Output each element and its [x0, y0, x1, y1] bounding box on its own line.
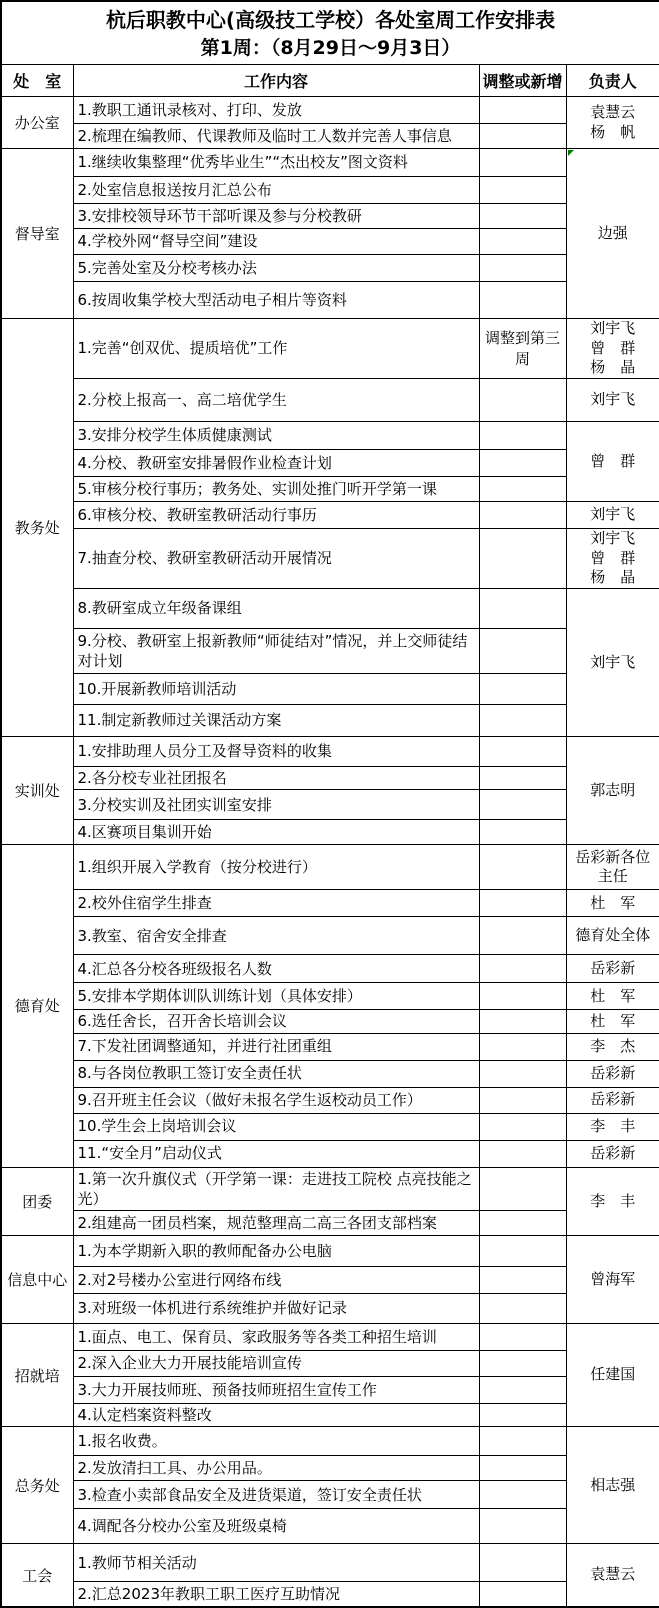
person-cell: 岳彩新: [566, 1140, 659, 1167]
table-row: 3.对班级一体机进行系统维护并做好记录: [1, 1294, 659, 1324]
table-row: 6.选任舍长，召开舍长培训会议杜 军: [1, 1010, 659, 1033]
person-cell: 李 丰: [566, 1167, 659, 1236]
table-row: 4.区赛项目集训开始: [1, 820, 659, 845]
table-row: 3.安排校领导环节干部听课及参与分校教研: [1, 204, 659, 229]
table-row: 4.汇总各分校各班级报名人数岳彩新: [1, 955, 659, 983]
department-cell: 信息中心: [1, 1236, 73, 1324]
work-content-cell: 2.处室信息报送按月汇总公布: [73, 177, 479, 204]
work-content-cell: 11.制定新教师过关课活动方案: [73, 705, 479, 737]
adjust-cell: [479, 529, 566, 589]
table-row: 3.大力开展技师班、预备技师班招生宣传工作: [1, 1377, 659, 1404]
adjust-cell: [479, 1481, 566, 1509]
person-cell: 杜 军: [566, 1010, 659, 1033]
work-content-cell: 3.检查小卖部食品安全及进货渠道，签订安全责任状: [73, 1481, 479, 1509]
adjust-cell: [479, 502, 566, 529]
table-row: 4.分校、教研室安排暑假作业检查计划: [1, 450, 659, 477]
document-title: 杭后职教中心(高级技工学校）各处室周工作安排表 第1周：（8月29日～9月3日）: [1, 1, 659, 65]
department-cell: 办公室: [1, 97, 73, 149]
adjust-cell: [479, 1509, 566, 1544]
table-row: 2.处室信息报送按月汇总公布: [1, 177, 659, 204]
adjust-cell: [479, 1236, 566, 1267]
department-cell: 团委: [1, 1167, 73, 1236]
work-content-cell: 2.梳理在编教师、代课教师及临时工人数并完善人事信息: [73, 124, 479, 149]
table-row: 2.组建高一团员档案，规范整理高二高三各团支部档案: [1, 1211, 659, 1236]
table-row: 教务处1.完善“创双优、提质培优”工作调整到第三周刘宇飞 曾 群 杨 晶: [1, 319, 659, 379]
person-cell: 曾海军: [566, 1236, 659, 1324]
adjust-cell: 调整到第三周: [479, 319, 566, 379]
person-cell: 刘宇飞 曾 群 杨 晶: [566, 529, 659, 589]
table-row: 办公室1.教职工通讯录核对、打印、发放袁慧云 杨 帆: [1, 97, 659, 124]
table-row: 2.分校上报高一、高二培优学生刘宇飞: [1, 379, 659, 422]
department-cell: 工会: [1, 1544, 73, 1607]
adjust-cell: [479, 1167, 566, 1211]
work-content-cell: 1.继续收集整理“优秀毕业生”“杰出校友”图文资料: [73, 149, 479, 177]
adjust-cell: [479, 955, 566, 983]
table-row: 5.审核分校行事历；教务处、实训处推门听开学第一课: [1, 477, 659, 502]
adjust-cell: [479, 917, 566, 955]
department-cell: 德育处: [1, 845, 73, 1167]
work-content-cell: 1.面点、电工、保育员、家政服务等各类工种招生培训: [73, 1324, 479, 1351]
adjust-cell: [479, 674, 566, 705]
person-cell: 袁慧云 杨 帆: [566, 97, 659, 149]
person-cell: 李 丰: [566, 1113, 659, 1140]
work-content-cell: 6.审核分校、教研室教研活动行事历: [73, 502, 479, 529]
adjust-cell: [479, 1211, 566, 1236]
table-row: 2.校外住宿学生排查杜 军: [1, 890, 659, 917]
adjust-cell: [479, 820, 566, 845]
adjust-cell: [479, 1267, 566, 1294]
title-line-2: 第1周：（8月29日～9月3日）: [3, 35, 658, 61]
adjust-cell: [479, 1404, 566, 1427]
title-line-1: 杭后职教中心(高级技工学校）各处室周工作安排表: [3, 5, 658, 35]
work-content-cell: 8.教研室成立年级备课组: [73, 589, 479, 629]
person-cell: 杜 军: [566, 890, 659, 917]
table-row: 7.抽查分校、教研室教研活动开展情况刘宇飞 曾 群 杨 晶: [1, 529, 659, 589]
table-row: 9.分校、教研室上报新教师“师徒结对”情况，并上交师徒结对计划: [1, 629, 659, 674]
adjust-cell: [479, 767, 566, 790]
table-row: 督导室1.继续收集整理“优秀毕业生”“杰出校友”图文资料边强: [1, 149, 659, 177]
work-content-cell: 4.汇总各分校各班级报名人数: [73, 955, 479, 983]
table-row: 6.审核分校、教研室教研活动行事历刘宇飞: [1, 502, 659, 529]
work-content-cell: 4.分校、教研室安排暑假作业检查计划: [73, 450, 479, 477]
person-cell: 德育处全体: [566, 917, 659, 955]
table-row: 10.开展新教师培训活动: [1, 674, 659, 705]
adjust-cell: [479, 1113, 566, 1140]
person-cell-with-comment-marker: 边强: [566, 149, 659, 319]
adjust-cell: [479, 790, 566, 820]
work-content-cell: 6.按周收集学校大型活动电子相片等资料: [73, 282, 479, 319]
person-cell: 李 杰: [566, 1033, 659, 1060]
work-content-cell: 1.为本学期新入职的教师配备办公电脑: [73, 1236, 479, 1267]
adjust-cell: [479, 629, 566, 674]
department-cell: 实训处: [1, 737, 73, 845]
adjust-cell: [479, 229, 566, 255]
person-cell: 刘宇飞: [566, 502, 659, 529]
adjust-cell: [479, 255, 566, 282]
table-row: 7.下发社团调整通知，并进行社团重组李 杰: [1, 1033, 659, 1060]
table-row: 11.制定新教师过关课活动方案: [1, 705, 659, 737]
adjust-cell: [479, 124, 566, 149]
table-row: 3.检查小卖部食品安全及进货渠道，签订安全责任状: [1, 1481, 659, 1509]
work-content-cell: 2.发放清扫工具、办公用品。: [73, 1456, 479, 1481]
person-cell: 杜 军: [566, 983, 659, 1010]
work-content-cell: 8.与各岗位教职工签订安全责任状: [73, 1060, 479, 1087]
adjust-cell: [479, 1427, 566, 1456]
table-row: 2.发放清扫工具、办公用品。: [1, 1456, 659, 1481]
table-row: 2.对2号楼办公室进行网络布线: [1, 1267, 659, 1294]
person-cell: 刘宇飞: [566, 589, 659, 737]
adjust-cell: [479, 1324, 566, 1351]
person-cell: 曾 群: [566, 422, 659, 502]
person-cell: 岳彩新: [566, 1060, 659, 1087]
work-content-cell: 1.组织开展入学教育（按分校进行）: [73, 845, 479, 890]
table-row: 8.教研室成立年级备课组刘宇飞: [1, 589, 659, 629]
table-row: 6.按周收集学校大型活动电子相片等资料: [1, 282, 659, 319]
table-row: 9.召开班主任会议（做好未报名学生返校动员工作）岳彩新: [1, 1087, 659, 1113]
work-content-cell: 5.审核分校行事历；教务处、实训处推门听开学第一课: [73, 477, 479, 502]
adjust-cell: [479, 1294, 566, 1324]
work-content-cell: 10.开展新教师培训活动: [73, 674, 479, 705]
work-content-cell: 5.完善处室及分校考核办法: [73, 255, 479, 282]
table-row: 团委1.第一次升旗仪式（开学第一课：走进技工院校 点亮技能之光）李 丰: [1, 1167, 659, 1211]
table-header-row: 处 室 工作内容 调整或新增 负责人: [1, 65, 659, 97]
person-cell: 刘宇飞: [566, 379, 659, 422]
work-content-cell: 2.深入企业大力开展技能培训宣传: [73, 1351, 479, 1377]
header-person: 负责人: [566, 65, 659, 97]
adjust-cell: [479, 204, 566, 229]
work-content-cell: 11.“安全月”启动仪式: [73, 1140, 479, 1167]
adjust-cell: [479, 890, 566, 917]
work-content-cell: 1.报名收费。: [73, 1427, 479, 1456]
adjust-cell: [479, 1351, 566, 1377]
work-content-cell: 4.学校外网“督导空间”建设: [73, 229, 479, 255]
work-content-cell: 4.认定档案资料整改: [73, 1404, 479, 1427]
table-row: 3.安排分校学生体质健康测试曾 群: [1, 422, 659, 450]
work-content-cell: 7.下发社团调整通知，并进行社团重组: [73, 1033, 479, 1060]
adjust-cell: [479, 1544, 566, 1582]
person-cell: 刘宇飞 曾 群 杨 晶: [566, 319, 659, 379]
table-row: 5.完善处室及分校考核办法: [1, 255, 659, 282]
person-cell: 岳彩新: [566, 1087, 659, 1113]
table-row: 2.梳理在编教师、代课教师及临时工人数并完善人事信息: [1, 124, 659, 149]
work-content-cell: 9.召开班主任会议（做好未报名学生返校动员工作）: [73, 1087, 479, 1113]
title-row: 杭后职教中心(高级技工学校）各处室周工作安排表 第1周：（8月29日～9月3日）: [1, 1, 659, 65]
person-cell: 任建国: [566, 1324, 659, 1427]
adjust-cell: [479, 149, 566, 177]
adjust-cell: [479, 1033, 566, 1060]
weekly-schedule-table: 杭后职教中心(高级技工学校）各处室周工作安排表 第1周：（8月29日～9月3日）…: [0, 0, 659, 1608]
adjust-cell: [479, 282, 566, 319]
work-content-cell: 1.第一次升旗仪式（开学第一课：走进技工院校 点亮技能之光）: [73, 1167, 479, 1211]
person-cell: 岳彩新各位主任: [566, 845, 659, 890]
work-content-cell: 7.抽查分校、教研室教研活动开展情况: [73, 529, 479, 589]
table-row: 3.分校实训及社团实训室安排: [1, 790, 659, 820]
table-row: 5.安排本学期体训队训练计划（具体安排）杜 军: [1, 983, 659, 1010]
table-row: 10.学生会上岗培训会议李 丰: [1, 1113, 659, 1140]
work-content-cell: 2.校外住宿学生排查: [73, 890, 479, 917]
work-content-cell: 3.安排校领导环节干部听课及参与分校教研: [73, 204, 479, 229]
work-content-cell: 3.安排分校学生体质健康测试: [73, 422, 479, 450]
person-cell: 相志强: [566, 1427, 659, 1544]
work-content-cell: 1.完善“创双优、提质培优”工作: [73, 319, 479, 379]
table-row: 11.“安全月”启动仪式岳彩新: [1, 1140, 659, 1167]
work-content-cell: 2.组建高一团员档案，规范整理高二高三各团支部档案: [73, 1211, 479, 1236]
department-cell: 招就培: [1, 1324, 73, 1427]
adjust-cell: [479, 1087, 566, 1113]
work-content-cell: 2.对2号楼办公室进行网络布线: [73, 1267, 479, 1294]
adjust-cell: [479, 737, 566, 767]
header-adjust: 调整或新增: [479, 65, 566, 97]
table-row: 2.各分校专业社团报名: [1, 767, 659, 790]
department-cell: 教务处: [1, 319, 73, 737]
adjust-cell: [479, 1060, 566, 1087]
table-row: 总务处1.报名收费。相志强: [1, 1427, 659, 1456]
adjust-cell: [479, 177, 566, 204]
header-work-content: 工作内容: [73, 65, 479, 97]
table-row: 招就培1.面点、电工、保育员、家政服务等各类工种招生培训任建国: [1, 1324, 659, 1351]
work-content-cell: 1.教师节相关活动: [73, 1544, 479, 1582]
adjust-cell: [479, 379, 566, 422]
adjust-cell: [479, 1140, 566, 1167]
person-cell: 袁慧云: [566, 1544, 659, 1607]
adjust-cell: [479, 97, 566, 124]
work-content-cell: 4.调配各分校办公室及班级桌椅: [73, 1509, 479, 1544]
work-content-cell: 5.安排本学期体训队训练计划（具体安排）: [73, 983, 479, 1010]
adjust-cell: [479, 589, 566, 629]
work-content-cell: 1.教职工通讯录核对、打印、发放: [73, 97, 479, 124]
adjust-cell: [479, 1456, 566, 1481]
table-row: 德育处1.组织开展入学教育（按分校进行）岳彩新各位主任: [1, 845, 659, 890]
work-content-cell: 3.分校实训及社团实训室安排: [73, 790, 479, 820]
work-content-cell: 6.选任舍长，召开舍长培训会议: [73, 1010, 479, 1033]
table-row: 4.学校外网“督导空间”建设: [1, 229, 659, 255]
department-cell: 总务处: [1, 1427, 73, 1544]
table-row: 2.深入企业大力开展技能培训宣传: [1, 1351, 659, 1377]
work-content-cell: 9.分校、教研室上报新教师“师徒结对”情况，并上交师徒结对计划: [73, 629, 479, 674]
table-row: 信息中心1.为本学期新入职的教师配备办公电脑曾海军: [1, 1236, 659, 1267]
person-cell: 郭志明: [566, 737, 659, 845]
adjust-cell: [479, 477, 566, 502]
adjust-cell: [479, 450, 566, 477]
adjust-cell: [479, 1377, 566, 1404]
adjust-cell: [479, 1582, 566, 1607]
work-content-cell: 2.分校上报高一、高二培优学生: [73, 379, 479, 422]
adjust-cell: [479, 705, 566, 737]
work-content-cell: 3.对班级一体机进行系统维护并做好记录: [73, 1294, 479, 1324]
work-content-cell: 2.各分校专业社团报名: [73, 767, 479, 790]
work-content-cell: 3.大力开展技师班、预备技师班招生宣传工作: [73, 1377, 479, 1404]
work-content-cell: 2.汇总2023年教职工职工医疗互助情况: [73, 1582, 479, 1607]
department-cell: 督导室: [1, 149, 73, 319]
table-row: 3.教室、宿舍安全排查德育处全体: [1, 917, 659, 955]
table-row: 实训处1.安排助理人员分工及督导资料的收集郭志明: [1, 737, 659, 767]
adjust-cell: [479, 1010, 566, 1033]
work-content-cell: 3.教室、宿舍安全排查: [73, 917, 479, 955]
work-content-cell: 1.安排助理人员分工及督导资料的收集: [73, 737, 479, 767]
table-row: 4.调配各分校办公室及班级桌椅: [1, 1509, 659, 1544]
person-cell: 岳彩新: [566, 955, 659, 983]
adjust-cell: [479, 983, 566, 1010]
work-content-cell: 4.区赛项目集训开始: [73, 820, 479, 845]
table-row: 工会1.教师节相关活动袁慧云: [1, 1544, 659, 1582]
table-row: 8.与各岗位教职工签订安全责任状岳彩新: [1, 1060, 659, 1087]
schedule-table-body: 办公室1.教职工通讯录核对、打印、发放袁慧云 杨 帆2.梳理在编教师、代课教师及…: [1, 97, 659, 1607]
table-row: 2.汇总2023年教职工职工医疗互助情况: [1, 1582, 659, 1607]
header-department: 处 室: [1, 65, 73, 97]
table-row: 4.认定档案资料整改: [1, 1404, 659, 1427]
adjust-cell: [479, 422, 566, 450]
work-content-cell: 10.学生会上岗培训会议: [73, 1113, 479, 1140]
adjust-cell: [479, 845, 566, 890]
